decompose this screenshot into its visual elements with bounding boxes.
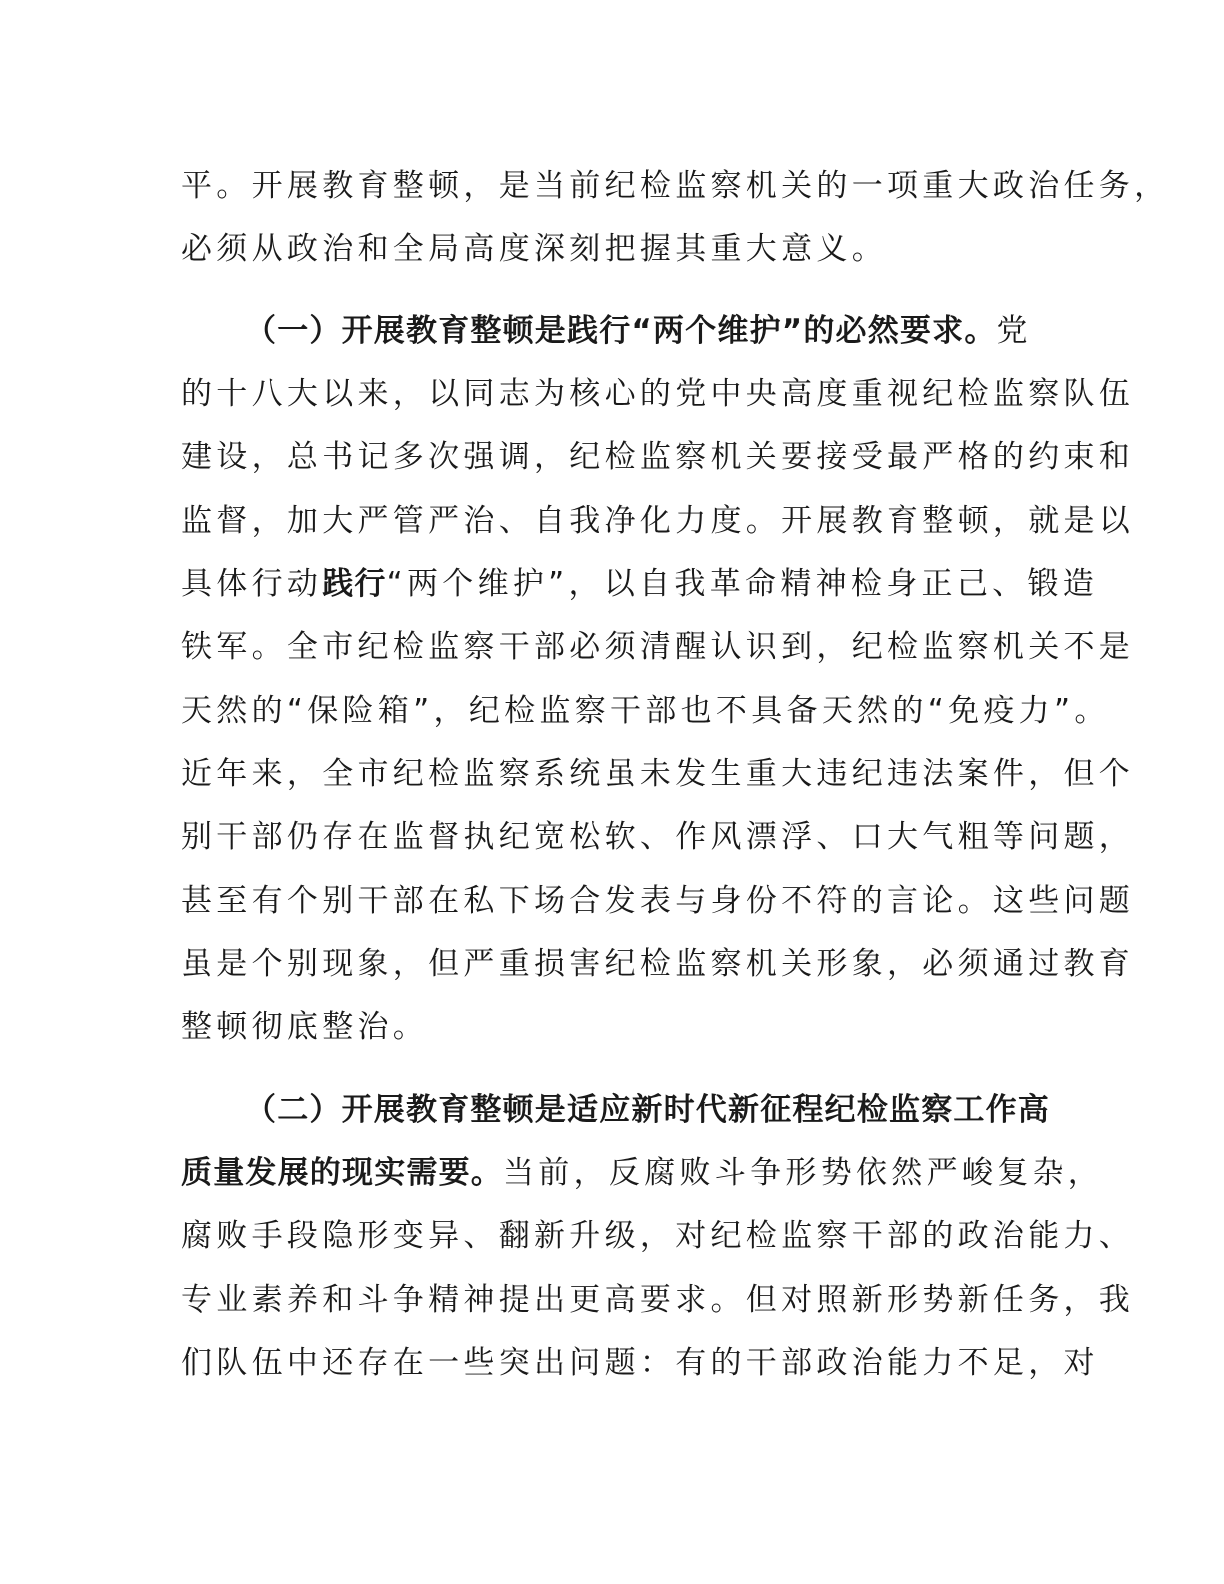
text-line: 腐败手段隐形变异、翻新升级，对纪检监察干部的政治能力、 bbox=[181, 1216, 1041, 1256]
text-line: 建设，总书记多次强调，纪检监察机关要接受最严格的约束和 bbox=[181, 437, 1041, 477]
text-line: 别干部仍存在监督执纪宽松软、作风漂浮、口大气粗等问题， bbox=[181, 817, 1041, 857]
text-span: 当前，反腐败斗争形势依然严峻复杂， bbox=[503, 1155, 1103, 1191]
text-line: 甚至有个别干部在私下场合发表与身份不符的言论。这些问题 bbox=[181, 881, 1041, 921]
text-span: 别干部仍存在监督执纪宽松软、作风漂浮、口大气粗等问题， bbox=[181, 819, 1134, 855]
text-line: 专业素养和斗争精神提出更高要求。但对照新形势新任务，我 bbox=[181, 1280, 1041, 1320]
text-line: 铁军。全市纪检监察干部必须清醒认识到，纪检监察机关不是 bbox=[181, 627, 1041, 667]
section-heading-1: （一）开展教育整顿是践行“两个维护”的必然要求。党 bbox=[245, 311, 1105, 351]
text-span: 平。开展教育整顿，是当前纪检监察机关的一项重大政治任务， bbox=[181, 168, 1169, 204]
text-line: 虽是个别现象，但严重损害纪检监察机关形象，必须通过教育 bbox=[181, 944, 1041, 984]
text-span: 具体行动 bbox=[181, 566, 322, 602]
text-line: 们队伍中还存在一些突出问题：有的干部政治能力不足，对 bbox=[181, 1343, 1041, 1383]
heading-text: （二）开展教育整顿是适应新时代新征程纪检监察工作高 bbox=[245, 1092, 1050, 1128]
text-span: 专业素养和斗争精神提出更高要求。但对照新形势新任务，我 bbox=[181, 1282, 1134, 1318]
text-span: 整顿彻底整治。 bbox=[181, 1009, 428, 1045]
text-line: 具体行动践行“两个维护”，以自我革命精神检身正己、锻造 bbox=[181, 564, 1041, 604]
text-line: 的十八大以来，以同志为核心的党中央高度重视纪检监察队伍 bbox=[181, 374, 1041, 414]
text-span: 铁军。全市纪检监察干部必须清醒认识到，纪检监察机关不是 bbox=[181, 629, 1134, 665]
text-span: 甚至有个别干部在私下场合发表与身份不符的言论。这些问题 bbox=[181, 883, 1134, 919]
text-line: 近年来，全市纪检监察系统虽未发生重大违纪违法案件，但个 bbox=[181, 754, 1041, 794]
text-line: 平。开展教育整顿，是当前纪检监察机关的一项重大政治任务， bbox=[181, 166, 1041, 206]
heading-text: 质量发展的现实需要。 bbox=[181, 1155, 503, 1191]
text-line: 必须从政治和全局高度深刻把握其重大意义。 bbox=[181, 229, 1041, 269]
text-span: 们队伍中还存在一些突出问题：有的干部政治能力不足，对 bbox=[181, 1345, 1099, 1381]
text-span: 腐败手段隐形变异、翻新升级，对纪检监察干部的政治能力、 bbox=[181, 1218, 1134, 1254]
document-page: 平。开展教育整顿，是当前纪检监察机关的一项重大政治任务， 必须从政治和全局高度深… bbox=[0, 0, 1224, 1584]
text-span: 党 bbox=[997, 313, 1032, 349]
text-line: 整顿彻底整治。 bbox=[181, 1007, 1041, 1047]
bold-text: 践行 bbox=[322, 566, 386, 602]
text-span: 必须从政治和全局高度深刻把握其重大意义。 bbox=[181, 231, 887, 267]
text-span: 虽是个别现象，但严重损害纪检监察机关形象，必须通过教育 bbox=[181, 946, 1134, 982]
heading-text: （一）开展教育整顿是践行“两个维护”的必然要求。 bbox=[245, 313, 997, 349]
text-line: 监督，加大严管严治、自我净化力度。开展教育整顿，就是以 bbox=[181, 501, 1041, 541]
text-span: “两个维护”，以自我革命精神检身正己、锻造 bbox=[387, 566, 1098, 602]
text-span: 的十八大以来，以同志为核心的党中央高度重视纪检监察队伍 bbox=[181, 376, 1134, 412]
section-heading-2: （二）开展教育整顿是适应新时代新征程纪检监察工作高 bbox=[245, 1090, 1105, 1130]
text-span: 近年来，全市纪检监察系统虽未发生重大违纪违法案件，但个 bbox=[181, 756, 1134, 792]
text-span: 天然的“保险箱”，纪检监察干部也不具备天然的“免疫力”。 bbox=[181, 693, 1110, 729]
text-line: 天然的“保险箱”，纪检监察干部也不具备天然的“免疫力”。 bbox=[181, 691, 1041, 731]
text-span: 建设，总书记多次强调，纪检监察机关要接受最严格的约束和 bbox=[181, 439, 1134, 475]
text-span: 监督，加大严管严治、自我净化力度。开展教育整顿，就是以 bbox=[181, 503, 1134, 539]
text-line: 质量发展的现实需要。当前，反腐败斗争形势依然严峻复杂， bbox=[181, 1153, 1041, 1193]
